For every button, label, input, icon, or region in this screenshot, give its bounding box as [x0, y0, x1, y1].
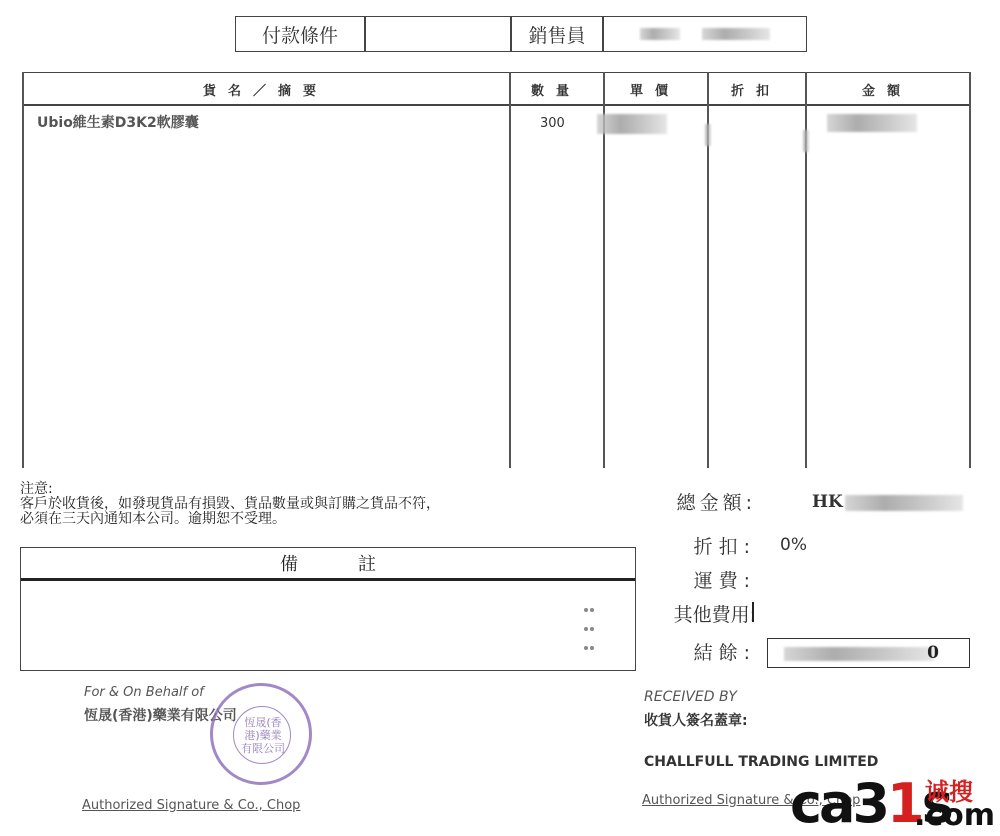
- column-header-quantity: 數量: [509, 72, 603, 106]
- remarks-box: 備註: [20, 547, 636, 671]
- salesperson-label: 銷售員: [512, 17, 602, 51]
- notice-text: 注意: 客戶於收貨後，如發現貨品有損毀、貨品數量或與訂購之貨品不符， 必須在三天…: [20, 482, 440, 527]
- seller-authorized-signature-label: Authorized Signature & Co., Chop: [82, 798, 300, 813]
- balance-label: 結餘:: [646, 638, 756, 665]
- notice-line-1: 客戶於收貨後，如發現貨品有損毀、貨品數量或與訂購之貨品不符，: [20, 497, 440, 512]
- column-header-amount: 金額: [805, 72, 969, 106]
- shipping-label: 運費:: [646, 566, 756, 593]
- watermark-domain: .com: [914, 798, 995, 833]
- item-discount-edge-redacted: [803, 130, 809, 156]
- receiver-company: CHALLFULL TRADING LIMITED: [644, 754, 878, 770]
- notice-line-2: 必須在三天內通知本公司。逾期恕不受理。: [20, 512, 440, 527]
- discount-value: 0%: [780, 535, 807, 555]
- salesperson-value: [604, 17, 806, 51]
- received-by-label: RECEIVED BY: [644, 689, 737, 705]
- remarks-content[interactable]: [21, 581, 635, 669]
- payment-terms-value: [366, 17, 510, 51]
- total-label: 總金額:: [646, 488, 756, 515]
- discount-label: 折扣:: [646, 532, 756, 559]
- for-on-behalf-label: For & On Behalf of: [84, 685, 204, 700]
- payment-terms-label: 付款條件: [236, 17, 364, 51]
- item-quantity: 300: [540, 116, 565, 131]
- balance-field[interactable]: 0: [767, 638, 970, 668]
- stamp-text: 恆晟(香港)藥業有限公司: [241, 716, 285, 755]
- item-description: Ubio維生素D3K2軟膠囊: [37, 112, 199, 132]
- order-info-table: 付款條件 銷售員: [235, 16, 807, 52]
- column-header-unit-price: 單價: [603, 72, 707, 106]
- other-fees-label: 其他費用:: [646, 600, 756, 627]
- item-discount-redacted: [705, 124, 711, 150]
- company-chop-stamp: 恆晟(香港)藥業有限公司: [210, 683, 312, 785]
- remarks-title: 備註: [21, 548, 635, 581]
- total-value: HK: [812, 492, 963, 512]
- column-header-discount: 折扣: [707, 72, 805, 106]
- item-amount-redacted: [827, 114, 917, 136]
- items-table: 貨名／摘要 數量 單價 折扣 金額 Ubio維生素D3K2軟膠囊 300: [22, 72, 971, 468]
- notice-title: 注意:: [20, 482, 440, 497]
- receiver-sign-label: 收貨人簽名蓋章:: [644, 710, 748, 730]
- text-cursor: [752, 602, 754, 622]
- item-unit-price-redacted: [597, 114, 667, 138]
- column-header-description: 貨名／摘要: [22, 72, 509, 106]
- drag-handle-icon[interactable]: [583, 598, 597, 655]
